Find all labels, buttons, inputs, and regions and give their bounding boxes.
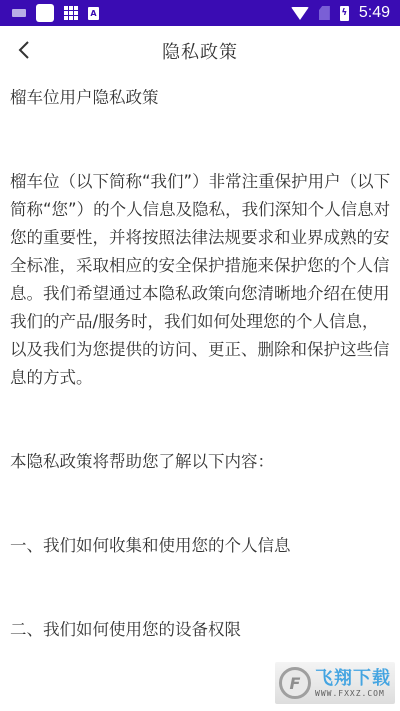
section-heading-1: 一、我们如何收集和使用您的个人信息 <box>10 532 395 560</box>
guide-paragraph: 本隐私政策将帮助您了解以下内容： <box>10 448 395 476</box>
square-icon <box>36 4 54 22</box>
watermark-url: WWW.FXXZ.COM <box>315 689 391 698</box>
watermark-logo-icon: F <box>279 667 311 699</box>
grid-icon <box>64 6 78 20</box>
back-button[interactable] <box>8 34 40 66</box>
status-left-icons: A <box>0 4 99 22</box>
chevron-left-icon <box>17 40 31 60</box>
document-title: 榴车位用户隐私政策 <box>10 84 395 112</box>
no-sim-icon <box>319 6 330 20</box>
intro-paragraph: 榴车位（以下简称“我们”）非常注重保护用户（以下简称“您”）的个人信息及隐私，我… <box>10 168 395 392</box>
wifi-icon <box>291 7 309 20</box>
status-right-icons: ϟ 5:49 <box>291 4 400 22</box>
page-title: 隐私政策 <box>162 38 238 64</box>
status-time: 5:49 <box>359 4 390 22</box>
section-heading-2: 二、我们如何使用您的设备权限 <box>10 616 395 644</box>
watermark-brand: 飞翔下载 <box>315 669 391 689</box>
app-bar: 隐私政策 <box>0 26 400 76</box>
policy-content: 榴车位用户隐私政策 榴车位（以下简称“我们”）非常注重保护用户（以下简称“您”）… <box>10 84 395 644</box>
keyboard-icon <box>12 9 26 17</box>
watermark: F 飞翔下载 WWW.FXXZ.COM <box>275 662 395 704</box>
status-bar: A ϟ 5:49 <box>0 0 400 26</box>
a-icon: A <box>88 7 99 20</box>
battery-charging-icon: ϟ <box>340 6 349 21</box>
